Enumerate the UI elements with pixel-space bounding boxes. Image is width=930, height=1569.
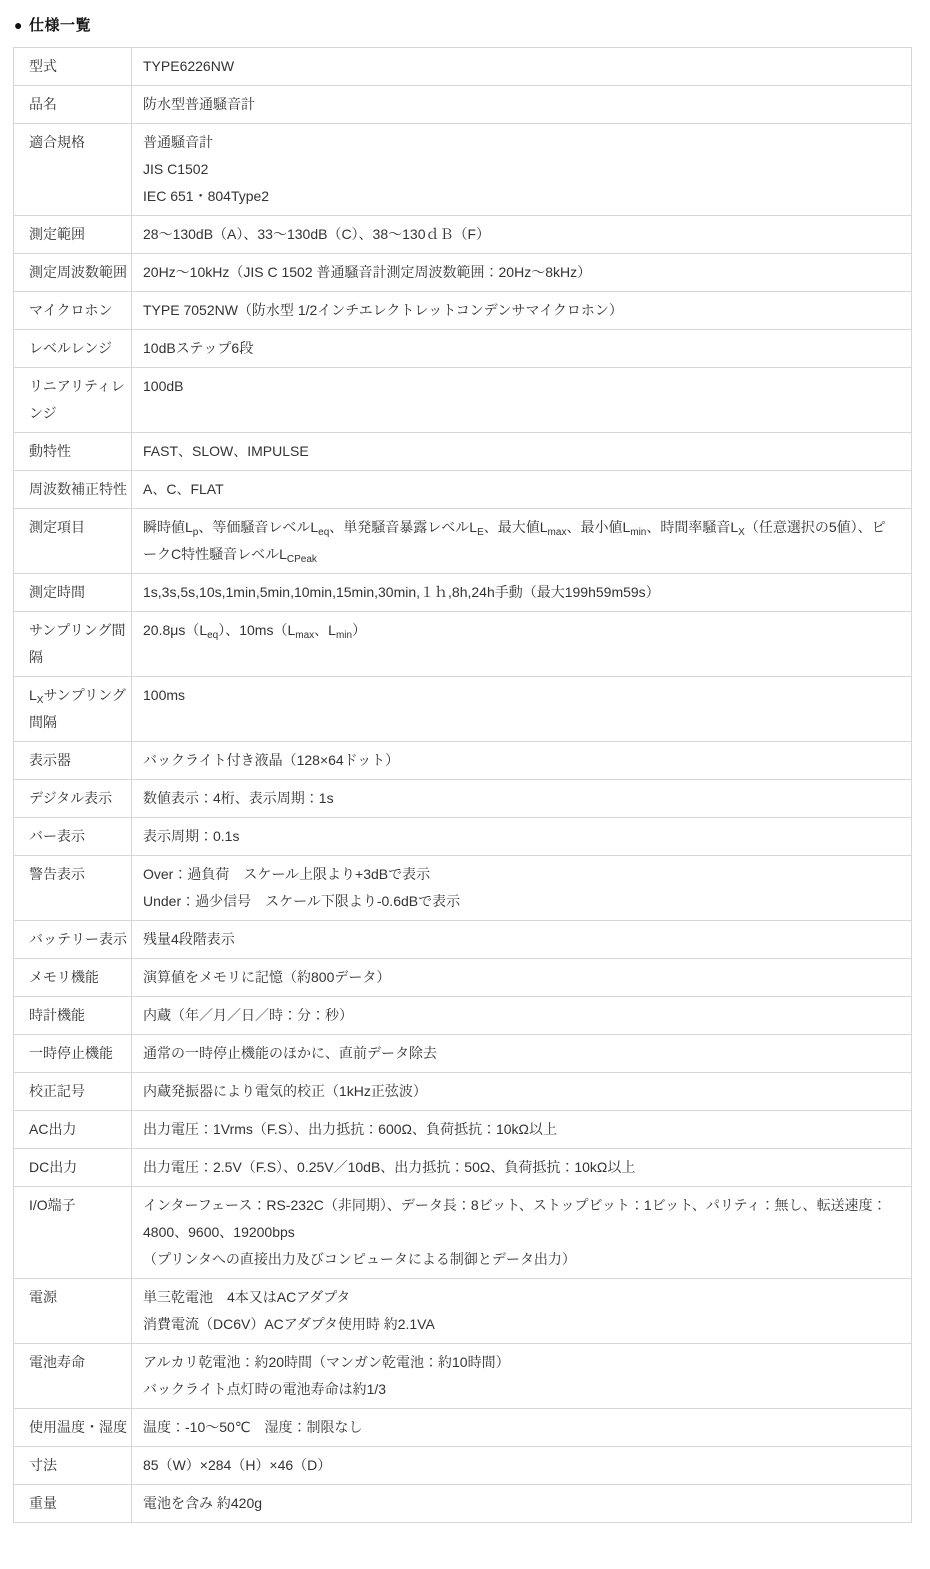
table-row: バッテリー表示残量4段階表示 [14,921,912,959]
spec-label: サンプリング間隔 [14,612,132,677]
spec-label: メモリ機能 [14,959,132,997]
spec-label: 適合規格 [14,124,132,216]
spec-value: Over：過負荷 スケール上限より+3dBで表示Under：過少信号 スケール下… [132,856,912,921]
spec-value-line: 20.8μs（Leq）、10ms（Lmax、Lmin） [143,617,899,644]
spec-value: 28〜130dB（A）、33〜130dB（C）、38〜130ｄＢ（F） [132,216,912,254]
spec-label: 測定周波数範囲 [14,254,132,292]
spec-value-line: 温度：-10〜50℃ 湿度：制限なし [143,1414,899,1441]
spec-value: 数値表示：4桁、表示周期：1s [132,780,912,818]
spec-page: ●仕様一覧 型式TYPE6226NW品名防水型普通騒音計適合規格普通騒音計JIS… [0,0,930,1523]
table-row: LXサンプリング間隔100ms [14,677,912,742]
spec-value: 内蔵（年／月／日／時：分：秒） [132,997,912,1035]
spec-value-line: FAST、SLOW、IMPULSE [143,438,899,465]
spec-label: 周波数補正特性 [14,471,132,509]
spec-value-line: 数値表示：4桁、表示周期：1s [143,785,899,812]
table-row: レベルレンジ10dBステップ6段 [14,330,912,368]
spec-value-line: 電池を含み 約420g [143,1490,899,1517]
table-row: 周波数補正特性A、C、FLAT [14,471,912,509]
table-row: デジタル表示数値表示：4桁、表示周期：1s [14,780,912,818]
table-row: 測定周波数範囲20Hz〜10kHz（JIS C 1502 普通騒音計測定周波数範… [14,254,912,292]
spec-label: 重量 [14,1485,132,1523]
spec-value-line: 出力電圧：1Vrms（F.S）、出力抵抗：600Ω、負荷抵抗：10kΩ以上 [143,1116,899,1143]
spec-label: 測定項目 [14,509,132,574]
spec-value-line: 演算値をメモリに記憶（約800データ） [143,964,899,991]
table-row: DC出力出力電圧：2.5V（F.S）、0.25V／10dB、出力抵抗：50Ω、負… [14,1149,912,1187]
spec-value-line: 85（W）×284（H）×46（D） [143,1452,899,1479]
spec-value: 防水型普通騒音計 [132,86,912,124]
table-row: 時計機能内蔵（年／月／日／時：分：秒） [14,997,912,1035]
spec-label: 品名 [14,86,132,124]
spec-label: デジタル表示 [14,780,132,818]
table-row: 警告表示Over：過負荷 スケール上限より+3dBで表示Under：過少信号 ス… [14,856,912,921]
table-row: 測定時間1s,3s,5s,10s,1min,5min,10min,15min,3… [14,574,912,612]
spec-label: 電源 [14,1279,132,1344]
spec-value-line: バックライト点灯時の電池寿命は約1/3 [143,1376,899,1403]
spec-label: 表示器 [14,742,132,780]
spec-value-line: Under：過少信号 スケール下限より-0.6dBで表示 [143,888,899,915]
spec-value-line: 内蔵（年／月／日／時：分：秒） [143,1002,899,1029]
spec-label: 警告表示 [14,856,132,921]
page-title-text: 仕様一覧 [29,17,91,34]
spec-value-line: バックライト付き液晶（128×64ドット） [143,747,899,774]
spec-value-line: 通常の一時停止機能のほかに、直前データ除去 [143,1040,899,1067]
spec-value: A、C、FLAT [132,471,912,509]
spec-value: 10dBステップ6段 [132,330,912,368]
spec-value: 100ms [132,677,912,742]
spec-value: アルカリ乾電池：約20時間（マンガン乾電池：約10時間）バックライト点灯時の電池… [132,1344,912,1409]
spec-label: 電池寿命 [14,1344,132,1409]
spec-label: 寸法 [14,1447,132,1485]
spec-label: 測定時間 [14,574,132,612]
spec-value-line: 20Hz〜10kHz（JIS C 1502 普通騒音計測定周波数範囲：20Hz〜… [143,259,899,286]
spec-label: 測定範囲 [14,216,132,254]
table-row: I/O端子インターフェース：RS-232C（非同期）、データ長：8ビット、ストッ… [14,1187,912,1279]
spec-value-line: IEC 651・804Type2 [143,183,899,210]
spec-label: DC出力 [14,1149,132,1187]
table-row: 適合規格普通騒音計JIS C1502IEC 651・804Type2 [14,124,912,216]
table-row: 一時停止機能通常の一時停止機能のほかに、直前データ除去 [14,1035,912,1073]
spec-value: TYPE6226NW [132,48,912,86]
spec-label: 動特性 [14,433,132,471]
spec-value-line: 内蔵発振器により電気的校正（1kHz正弦波） [143,1078,899,1105]
spec-value: FAST、SLOW、IMPULSE [132,433,912,471]
spec-label: リニアリティレンジ [14,368,132,433]
spec-value: 通常の一時停止機能のほかに、直前データ除去 [132,1035,912,1073]
table-row: 測定項目瞬時値Lp、等価騒音レベルLeq、単発騒音暴露レベルLE、最大値Lmax… [14,509,912,574]
spec-value: 表示周期：0.1s [132,818,912,856]
spec-value-line: 消費電流（DC6V）ACアダプタ使用時 約2.1VA [143,1311,899,1338]
table-row: 電池寿命アルカリ乾電池：約20時間（マンガン乾電池：約10時間）バックライト点灯… [14,1344,912,1409]
spec-value: 電池を含み 約420g [132,1485,912,1523]
spec-value-line: 100ms [143,682,899,709]
spec-value-line: 28〜130dB（A）、33〜130dB（C）、38〜130ｄＢ（F） [143,221,899,248]
spec-label: 一時停止機能 [14,1035,132,1073]
spec-label: マイクロホン [14,292,132,330]
spec-value: 20.8μs（Leq）、10ms（Lmax、Lmin） [132,612,912,677]
table-row: 表示器バックライト付き液晶（128×64ドット） [14,742,912,780]
spec-label: I/O端子 [14,1187,132,1279]
spec-value-line: アルカリ乾電池：約20時間（マンガン乾電池：約10時間） [143,1349,899,1376]
spec-table-body: 型式TYPE6226NW品名防水型普通騒音計適合規格普通騒音計JIS C1502… [14,48,912,1523]
table-row: マイクロホンTYPE 7052NW（防水型 1/2インチエレクトレットコンデンサ… [14,292,912,330]
spec-value-line: 10dBステップ6段 [143,335,899,362]
spec-label: 校正記号 [14,1073,132,1111]
table-row: 使用温度・湿度温度：-10〜50℃ 湿度：制限なし [14,1409,912,1447]
table-row: 型式TYPE6226NW [14,48,912,86]
table-row: AC出力出力電圧：1Vrms（F.S）、出力抵抗：600Ω、負荷抵抗：10kΩ以… [14,1111,912,1149]
spec-label: 時計機能 [14,997,132,1035]
spec-value-line: 防水型普通騒音計 [143,91,899,118]
spec-value-line: TYPE 7052NW（防水型 1/2インチエレクトレットコンデンサマイクロホン… [143,297,899,324]
spec-value-line: 出力電圧：2.5V（F.S）、0.25V／10dB、出力抵抗：50Ω、負荷抵抗：… [143,1154,899,1181]
table-row: 重量電池を含み 約420g [14,1485,912,1523]
table-row: バー表示表示周期：0.1s [14,818,912,856]
spec-value-line: 普通騒音計 [143,129,899,156]
table-row: メモリ機能演算値をメモリに記憶（約800データ） [14,959,912,997]
table-row: リニアリティレンジ100dB [14,368,912,433]
spec-value: 出力電圧：1Vrms（F.S）、出力抵抗：600Ω、負荷抵抗：10kΩ以上 [132,1111,912,1149]
spec-value: バックライト付き液晶（128×64ドット） [132,742,912,780]
spec-value: 温度：-10〜50℃ 湿度：制限なし [132,1409,912,1447]
spec-value: TYPE 7052NW（防水型 1/2インチエレクトレットコンデンサマイクロホン… [132,292,912,330]
spec-table: 型式TYPE6226NW品名防水型普通騒音計適合規格普通騒音計JIS C1502… [13,47,912,1523]
spec-value-line: 単三乾電池 4本又はACアダプタ [143,1284,899,1311]
spec-label: バッテリー表示 [14,921,132,959]
spec-value: 出力電圧：2.5V（F.S）、0.25V／10dB、出力抵抗：50Ω、負荷抵抗：… [132,1149,912,1187]
spec-value-line: 表示周期：0.1s [143,823,899,850]
table-row: 寸法85（W）×284（H）×46（D） [14,1447,912,1485]
spec-value-line: 1s,3s,5s,10s,1min,5min,10min,15min,30min… [143,579,899,606]
spec-value-line: 100dB [143,373,899,400]
bullet-icon: ● [14,17,23,33]
spec-value-line: TYPE6226NW [143,53,899,80]
spec-value: 瞬時値Lp、等価騒音レベルLeq、単発騒音暴露レベルLE、最大値Lmax、最小値… [132,509,912,574]
spec-value: 残量4段階表示 [132,921,912,959]
spec-value: インターフェース：RS-232C（非同期）、データ長：8ビット、ストップビット：… [132,1187,912,1279]
table-row: 動特性FAST、SLOW、IMPULSE [14,433,912,471]
spec-value: 85（W）×284（H）×46（D） [132,1447,912,1485]
page-title: ●仕様一覧 [14,14,912,37]
spec-value: 1s,3s,5s,10s,1min,5min,10min,15min,30min… [132,574,912,612]
spec-value: 100dB [132,368,912,433]
table-row: 品名防水型普通騒音計 [14,86,912,124]
spec-label: バー表示 [14,818,132,856]
table-row: 電源単三乾電池 4本又はACアダプタ消費電流（DC6V）ACアダプタ使用時 約2… [14,1279,912,1344]
spec-value: 20Hz〜10kHz（JIS C 1502 普通騒音計測定周波数範囲：20Hz〜… [132,254,912,292]
table-row: 測定範囲28〜130dB（A）、33〜130dB（C）、38〜130ｄＢ（F） [14,216,912,254]
spec-value-line: 瞬時値Lp、等価騒音レベルLeq、単発騒音暴露レベルLE、最大値Lmax、最小値… [143,514,899,568]
table-row: 校正記号内蔵発振器により電気的校正（1kHz正弦波） [14,1073,912,1111]
spec-label: レベルレンジ [14,330,132,368]
spec-value: 普通騒音計JIS C1502IEC 651・804Type2 [132,124,912,216]
spec-label: AC出力 [14,1111,132,1149]
spec-value-line: 残量4段階表示 [143,926,899,953]
spec-label: 使用温度・湿度 [14,1409,132,1447]
spec-value-line: インターフェース：RS-232C（非同期）、データ長：8ビット、ストップビット：… [143,1192,899,1246]
spec-value: 内蔵発振器により電気的校正（1kHz正弦波） [132,1073,912,1111]
spec-value-line: Over：過負荷 スケール上限より+3dBで表示 [143,861,899,888]
spec-value-line: A、C、FLAT [143,476,899,503]
spec-value-line: JIS C1502 [143,156,899,183]
spec-label: 型式 [14,48,132,86]
spec-value: 単三乾電池 4本又はACアダプタ消費電流（DC6V）ACアダプタ使用時 約2.1… [132,1279,912,1344]
spec-label: LXサンプリング間隔 [14,677,132,742]
spec-value: 演算値をメモリに記憶（約800データ） [132,959,912,997]
table-row: サンプリング間隔20.8μs（Leq）、10ms（Lmax、Lmin） [14,612,912,677]
spec-value-line: （プリンタへの直接出力及びコンピュータによる制御とデータ出力） [143,1246,899,1273]
